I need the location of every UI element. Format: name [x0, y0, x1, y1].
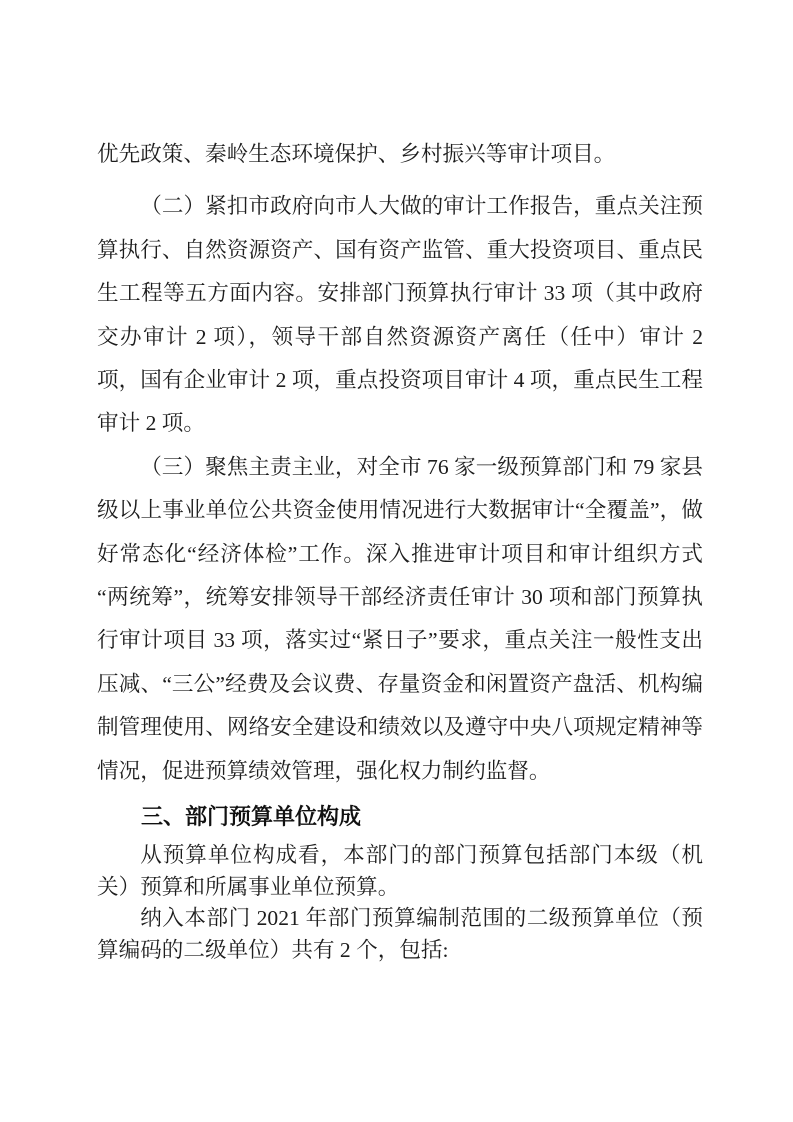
paragraph-secondary-budget-units: 纳入本部门 2021 年部门预算编制范围的二级预算单位（预算编码的二级单位）共有… — [97, 903, 703, 966]
paragraph-continuation: 优先政策、秦岭生态环境保护、乡村振兴等审计项目。 — [97, 133, 703, 176]
paragraph-audit-focus-item-3: （三）聚焦主责主业，对全市 76 家一级预算部门和 79 家县级以上事业单位公共… — [97, 446, 703, 793]
paragraph-unit-composition: 从预算单位构成看，本部门的部门预算包括部门本级（机关）预算和所属事业单位预算。 — [97, 840, 703, 903]
page-content: 优先政策、秦岭生态环境保护、乡村振兴等审计项目。 （二）紧扣市政府向市人大做的审… — [97, 133, 703, 966]
document-page: 优先政策、秦岭生态环境保护、乡村振兴等审计项目。 （二）紧扣市政府向市人大做的审… — [0, 0, 793, 1122]
paragraph-audit-report-item-2: （二）紧扣市政府向市人大做的审计工作报告，重点关注预算执行、自然资源资产、国有资… — [97, 185, 703, 445]
section-heading-budget-unit-composition: 三、部门预算单位构成 — [97, 799, 703, 835]
